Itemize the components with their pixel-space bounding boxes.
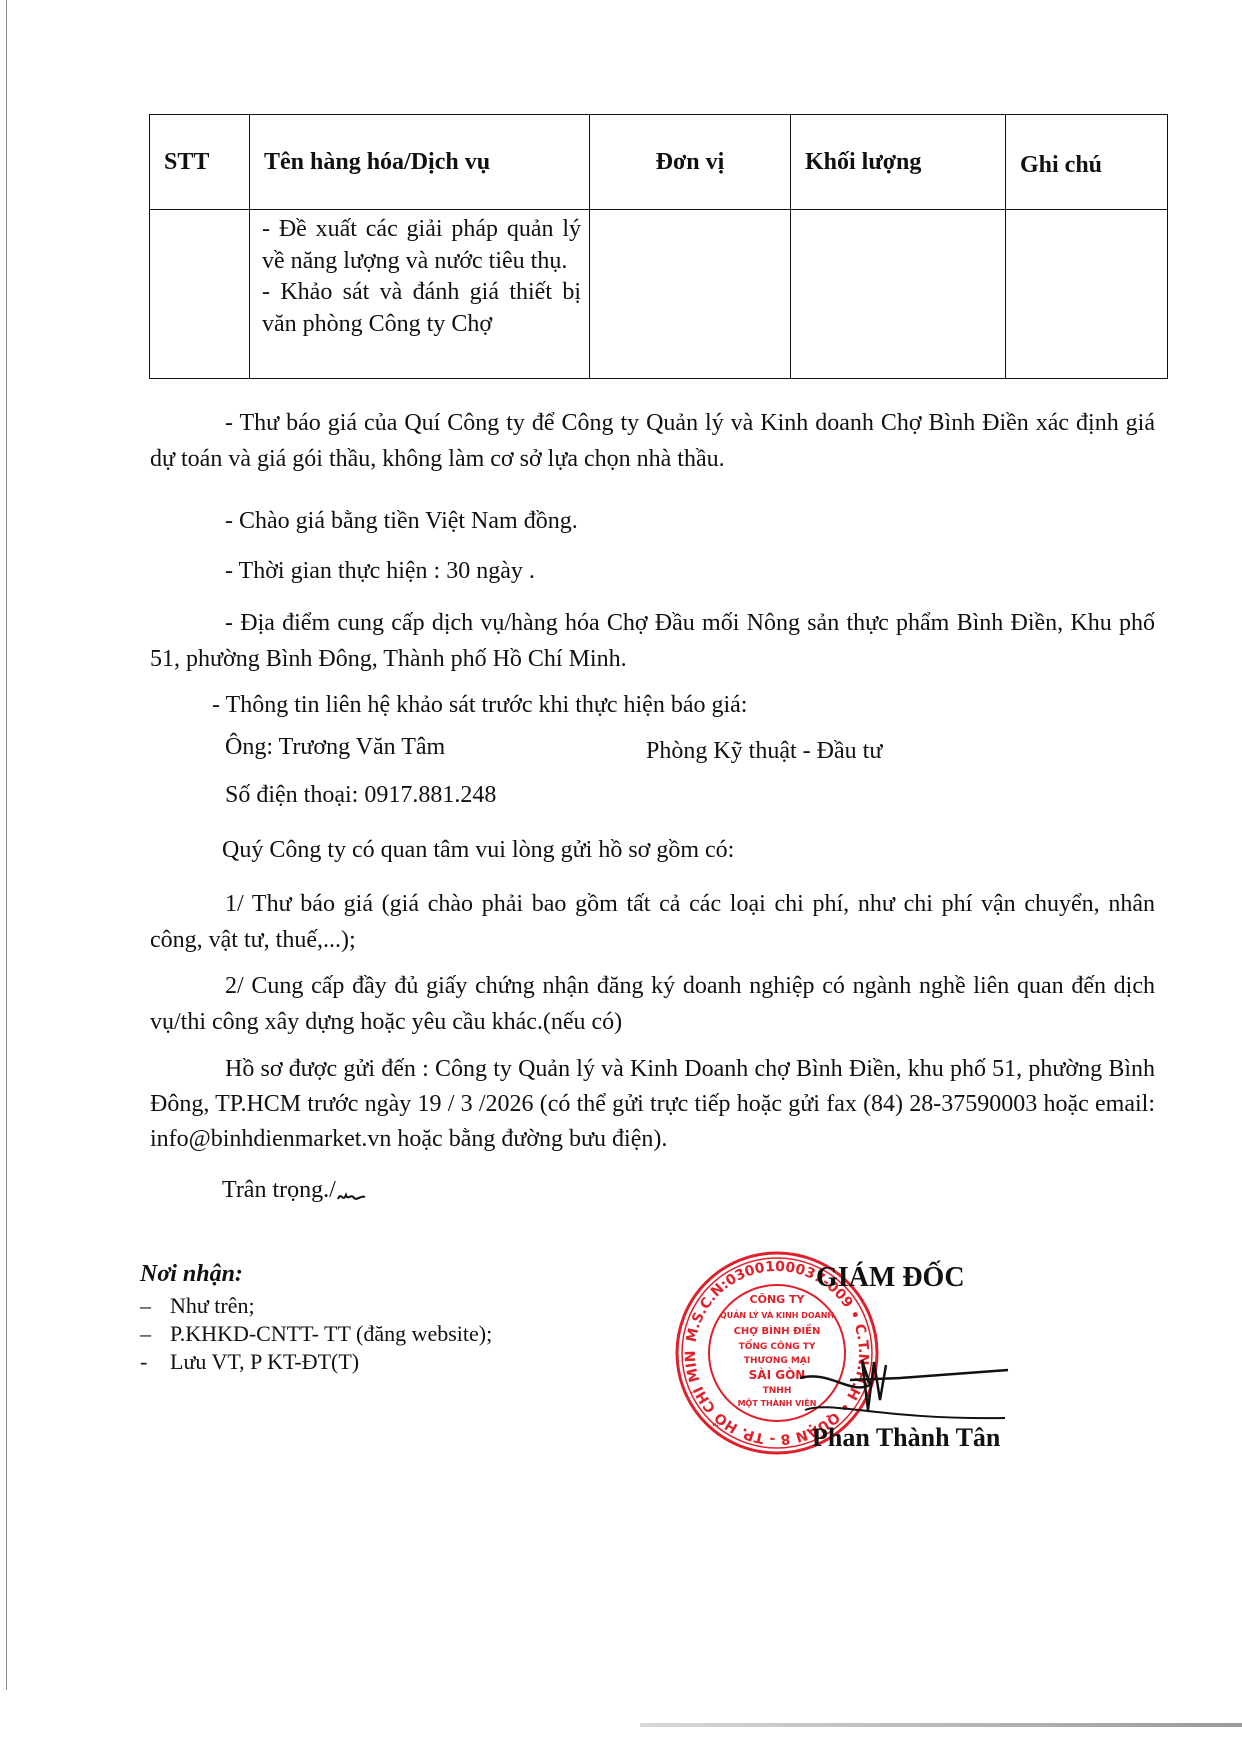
paragraph-location: - Địa điểm cung cấp dịch vụ/hàng hóa Chợ…: [150, 605, 1155, 677]
paragraph-requirement-1: 1/ Thư báo giá (giá chào phải bao gồm tấ…: [150, 886, 1155, 958]
recipients-block: Nơi nhận: –Như trên; –P.KHKD-CNTT- TT (đ…: [140, 1260, 492, 1376]
header-stt: STT: [150, 115, 250, 210]
paragraph-submission: Hồ sơ được gửi đến : Công ty Quản lý và …: [150, 1052, 1155, 1157]
svg-text:QUẢN LÝ VÀ KINH DOANH: QUẢN LÝ VÀ KINH DOANH: [720, 1309, 834, 1320]
contact-department: Phòng Kỹ thuật - Đầu tư: [646, 738, 882, 765]
description-line: - Khảo sát và đánh giá thiết bị văn phòn…: [262, 277, 581, 340]
scan-border-bottom: [640, 1723, 1242, 1727]
cell-quantity: [791, 210, 1006, 379]
signer-title: GIÁM ĐỐC: [816, 1262, 965, 1294]
paragraph-purpose: - Thư báo giá của Quí Công ty để Công ty…: [150, 405, 1155, 477]
header-name: Tên hàng hóa/Dịch vụ: [250, 115, 590, 210]
cell-unit: [590, 210, 791, 379]
description-line: - Đề xuất các giải pháp quản lý về năng …: [262, 214, 581, 277]
paragraph-documents-intro: Quý Công ty có quan tâm vui lòng gửi hồ …: [222, 832, 1152, 868]
cell-stt: [150, 210, 250, 379]
closing-text: Trân trọng./: [222, 1177, 336, 1203]
contact-name: Ông: Trương Văn Tâm: [225, 734, 445, 761]
svg-text:CÔNG TY: CÔNG TY: [750, 1293, 806, 1306]
paragraph-currency: - Chào giá bằng tiền Việt Nam đồng.: [150, 503, 1155, 539]
closing-line: Trân trọng./: [222, 1172, 1152, 1208]
signer-name: Phan Thành Tân: [812, 1423, 1000, 1453]
items-table: STT Tên hàng hóa/Dịch vụ Đơn vị Khối lượ…: [149, 114, 1168, 379]
header-quantity: Khối lượng: [791, 115, 1006, 210]
table-row: - Đề xuất các giải pháp quản lý về năng …: [150, 210, 1168, 379]
svg-text:CHỢ BÌNH ĐIỀN: CHỢ BÌNH ĐIỀN: [734, 1323, 821, 1337]
recipient-item: –Như trên;: [140, 1292, 492, 1320]
recipient-text: P.KHKD-CNTT- TT (đăng website);: [170, 1320, 492, 1348]
paragraph-duration: - Thời gian thực hiện : 30 ngày .: [150, 553, 1155, 589]
recipient-text: Như trên;: [170, 1292, 255, 1320]
table-header-row: STT Tên hàng hóa/Dịch vụ Đơn vị Khối lượ…: [150, 115, 1168, 210]
handwritten-signature-icon: [790, 1340, 1010, 1430]
recipient-text: Lưu VT, P KT-ĐT(T): [170, 1348, 359, 1376]
cell-description: - Đề xuất các giải pháp quản lý về năng …: [250, 210, 590, 379]
recipient-item: –P.KHKD-CNTT- TT (đăng website);: [140, 1320, 492, 1348]
paragraph-contact-intro: - Thông tin liên hệ khảo sát trước khi t…: [212, 687, 1142, 723]
recipients-title: Nơi nhận:: [140, 1260, 492, 1288]
header-note: Ghi chú: [1006, 115, 1168, 210]
header-unit: Đơn vị: [590, 115, 791, 210]
recipient-item: -Lưu VT, P KT-ĐT(T): [140, 1348, 492, 1376]
cell-note: [1006, 210, 1168, 379]
scan-border-left: [6, 0, 7, 1690]
contact-phone: Số điện thoại: 0917.881.248: [225, 782, 496, 809]
paragraph-requirement-2: 2/ Cung cấp đầy đủ giấy chứng nhận đăng …: [150, 968, 1155, 1040]
svg-text:TNHH: TNHH: [763, 1386, 792, 1396]
initials-mark-icon: [336, 1189, 366, 1203]
